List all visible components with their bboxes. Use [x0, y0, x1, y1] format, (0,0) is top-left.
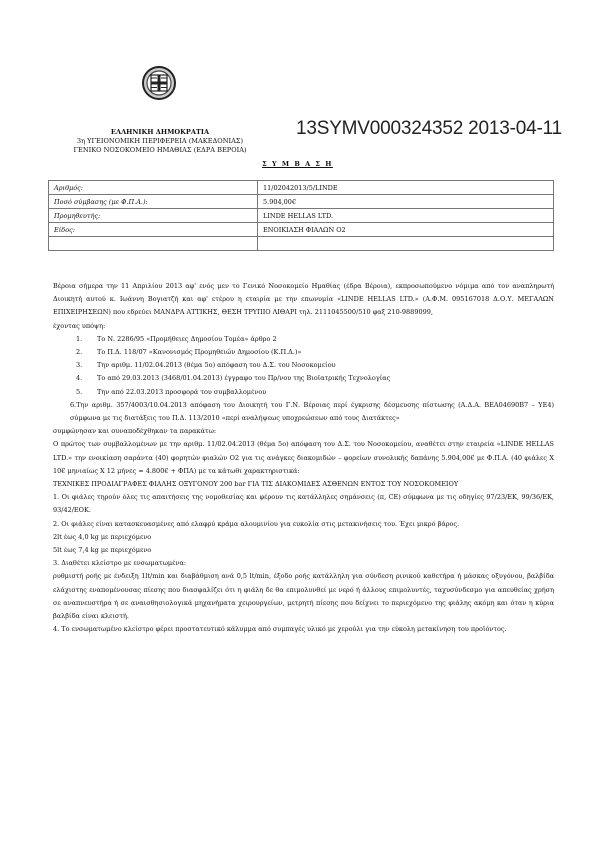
- document-id: 13SYMV000324352 2013-04-11: [296, 118, 562, 140]
- spec-4: 4. Το ενσωματωμένο κλείστρο φέρει προστα…: [53, 623, 554, 636]
- spec-2: 2. Οι φιάλες είναι κατασκευασμένες από ε…: [53, 518, 554, 531]
- list-item: 3.Την αριθμ. 11/02.04.2013 (θέμα 5ο) από…: [53, 359, 554, 372]
- award-paragraph: Ο πρώτος των συμβαλλομένων με την αριθμ.…: [53, 438, 554, 478]
- agreed-line: συμφώνησαν και συναποδέχθηκαν τα παρακάτ…: [53, 425, 554, 438]
- header-line-1: ΕΛΛΗΝΙΚΗ ΔΗΜΟΚΡΑΤΙΑ: [60, 128, 260, 137]
- table-row: Ποσό σύμβασης (με Φ.Π.Α.): 5.904,00€: [49, 195, 554, 209]
- row-label: Είδος:: [49, 223, 258, 237]
- row-label: Αριθμός:: [49, 181, 258, 195]
- row-value: LINDE HELLAS LTD.: [258, 209, 554, 223]
- issuer-header: ΕΛΛΗΝΙΚΗ ΔΗΜΟΚΡΑΤΙΑ 3η ΥΓΕΙΟΝΟΜΙΚΗ ΠΕΡΙΦ…: [60, 128, 260, 155]
- table-row: [49, 237, 554, 251]
- spec-title: ΤΕΧΝΙΚΕΣ ΠΡΟΔΙΑΓΡΑΦΕΣ ΦΙΑΛΗΣ ΟΞΥΓΟΝΟΥ 20…: [53, 478, 554, 491]
- spec-1: 1. Οι φιάλες τηρούν όλες τις απαιτήσεις …: [53, 491, 554, 517]
- having-regard: έχοντας υπόψη:: [53, 320, 554, 333]
- document-title: Σ Υ Μ Β Α Σ Η: [0, 160, 595, 168]
- contract-body: Βέροια σήμερα την 11 Απριλίου 2013 αφ' ε…: [53, 280, 554, 636]
- row-value: [258, 237, 554, 251]
- row-label: Ποσό σύμβασης (με Φ.Π.Α.):: [49, 195, 258, 209]
- spec-3-title: 3. Διαθέτει κλείστρο με ενσωματωμένα:: [53, 557, 554, 570]
- row-value: 11/02042013/5/LINDE: [258, 181, 554, 195]
- header-line-3: ΓΕΝΙΚΟ ΝΟΣΟΚΟΜΕΙΟ ΗΜΑΘΙΑΣ (ΕΔΡΑ ΒΕΡΟΙΑ): [60, 146, 260, 155]
- table-row: Προμηθευτής: LINDE HELLAS LTD.: [49, 209, 554, 223]
- row-label: [49, 237, 258, 251]
- table-row: Αριθμός: 11/02042013/5/LINDE: [49, 181, 554, 195]
- row-value: 5.904,00€: [258, 195, 554, 209]
- list-item: 5.Την από 22.03.2013 προσφορά του συμβαλ…: [53, 386, 554, 399]
- intro-paragraph: Βέροια σήμερα την 11 Απριλίου 2013 αφ' ε…: [53, 280, 554, 320]
- row-value: ΕΝΟΙΚΙΑΣΗ ΦΙΑΛΩΝ Ο2: [258, 223, 554, 237]
- spec-3: ρυθμιστή ροής με ένδειξη 1lt/min και δια…: [53, 570, 554, 623]
- list-item: 2.Το Π.Δ. 118/07 «Κανονισμός Προμηθειών …: [53, 346, 554, 359]
- header-line-2: 3η ΥΓΕΙΟΝΟΜΙΚΗ ΠΕΡΙΦΕΡΕΙΑ (ΜΑΚΕΔΟΝΙΑΣ): [60, 137, 260, 146]
- table-row: Είδος: ΕΝΟΙΚΙΑΣΗ ΦΙΑΛΩΝ Ο2: [49, 223, 554, 237]
- spec-2b: 5lt έως 7,4 kg με περιεχόμενο: [53, 544, 554, 557]
- row-label: Προμηθευτής:: [49, 209, 258, 223]
- list-item: 6.Την αριθμ. 357/4003/10.04.2013 απόφαση…: [53, 399, 554, 425]
- coat-of-arms-icon: [142, 64, 176, 102]
- list-item: 4.Το από 29.03.2013 (3468/01.04.2013) έγ…: [53, 372, 554, 385]
- list-item: 1.Το Ν. 2286/95 «Προμήθειες Δημοσίου Τομ…: [53, 333, 554, 346]
- spec-2a: 2lt έως 4,0 kg με περιεχόμενο: [53, 531, 554, 544]
- contract-info-table: Αριθμός: 11/02042013/5/LINDE Ποσό σύμβασ…: [48, 180, 554, 251]
